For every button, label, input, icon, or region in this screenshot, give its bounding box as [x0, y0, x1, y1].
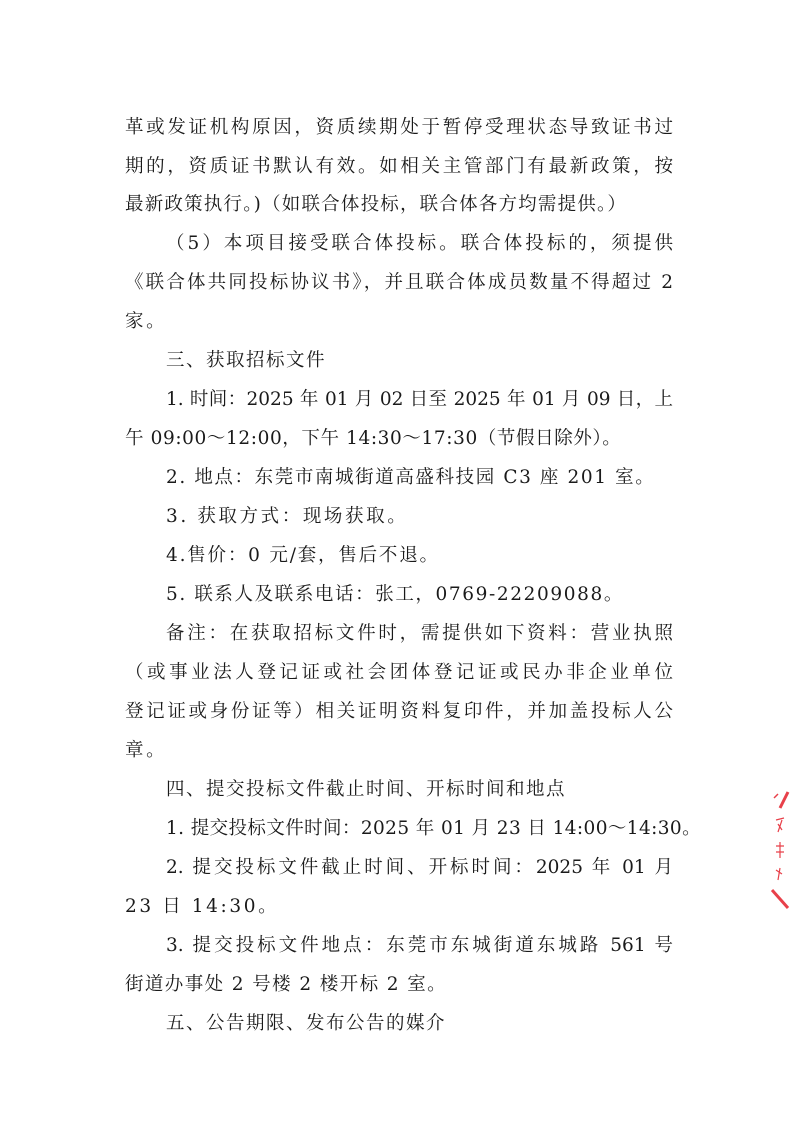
section-heading-4: 四、提交投标文件截止时间、开标时间和地点 [166, 778, 714, 802]
section-heading-5: 五、公告期限、发布公告的媒介 [166, 1012, 714, 1036]
text-line: 1. 时间：2025 年 01 月 02 日至 2025 年 01 月 09 日… [166, 388, 673, 412]
red-seal-stamp [768, 790, 790, 910]
text-line: 备注：在获取招标文件时，需提供如下资料：营业执照 [166, 622, 673, 646]
section-heading-3: 三、获取招标文件 [166, 349, 714, 373]
text-line: 街道办事处 2 号楼 2 楼开标 2 室。 [125, 973, 673, 997]
document-page: 革或发证机构原因，资质续期处于暂停受理状态导致证书过 期的，资质证书默认有效。如… [0, 0, 794, 1123]
text-line: 1. 提交投标文件时间：2025 年 01 月 23 日 14:00～14:30… [166, 817, 714, 841]
text-line: 家。 [125, 310, 673, 334]
text-line: 登记证或身份证等）相关证明资料复印件，并加盖投标人公 [125, 700, 673, 724]
text-line: （5）本项目接受联合体投标。联合体投标的，须提供 [166, 232, 673, 256]
text-line: 2. 提交投标文件截止时间、开标时间：2025 年 01 月 [166, 856, 673, 880]
text-line: 23 日 14:30。 [125, 895, 673, 919]
text-line: 午 09:00～12:00，下午 14:30～17:30（节假日除外）。 [125, 427, 673, 451]
text-line: 4.售价：0 元/套，售后不退。 [166, 544, 714, 568]
text-line: 期的，资质证书默认有效。如相关主管部门有最新政策，按 [125, 155, 673, 179]
text-line: 革或发证机构原因，资质续期处于暂停受理状态导致证书过 [125, 116, 673, 140]
text-line: 3. 提交投标文件地点：东莞市东城街道东城路 561 号 [166, 934, 673, 958]
text-line: 章。 [125, 739, 673, 763]
text-line: （或事业法人登记证或社会团体登记证或民办非企业单位 [125, 661, 673, 685]
text-line: 最新政策执行。)（如联合体投标，联合体各方均需提供。） [125, 193, 673, 217]
text-line: 3. 获取方式：现场获取。 [166, 505, 714, 529]
text-line: 2. 地点：东莞市南城街道高盛科技园 C3 座 201 室。 [166, 466, 714, 490]
text-line: 5. 联系人及联系电话：张工，0769-22209088。 [166, 583, 714, 607]
seal-icon [768, 790, 790, 910]
text-line: 《联合体共同投标协议书》，并且联合体成员数量不得超过 2 [125, 271, 673, 295]
